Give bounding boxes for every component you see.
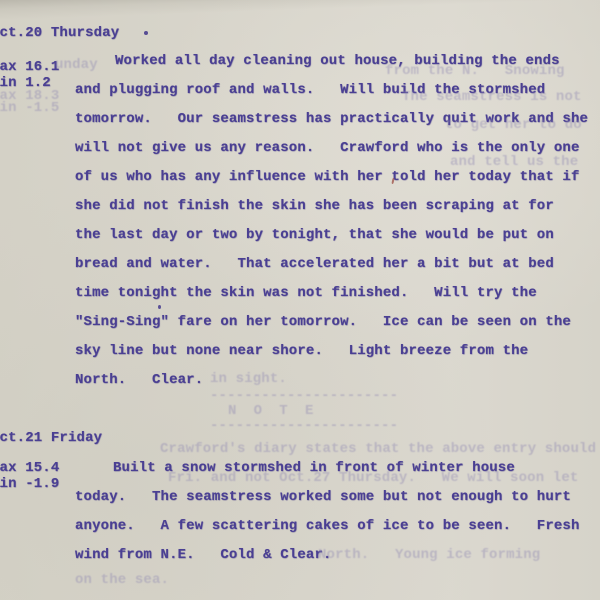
diary-line: North. Clear. [75,372,203,388]
ghost-text: and tell us the [450,154,578,170]
ghost-text: from the N. Snowing [385,63,565,79]
ghost-text: on the sea. [75,572,169,588]
entry-date-heading: Oct.21 Friday [0,430,102,446]
ghost-text: Crawford's diary states that the above e… [160,441,596,457]
ghost-text: North. Young ice forming [318,547,540,563]
ghost-divider-dashes: ---------------------- [210,388,398,404]
diary-line: today. The seamstress worked some but no… [75,489,571,505]
ghost-note-heading: N O T E [228,403,314,419]
diary-line: she did not finish the skin she has been… [75,198,554,214]
diary-line: sky line but none near shore. Light bree… [75,343,528,359]
ghost-divider-dashes: ---------------------- [210,418,398,434]
entry-max-temp: Max 16.1 [0,59,59,75]
ghost-text: to get her to do [445,117,582,133]
diary-line: anyone. A few scattering cakes of ice to… [75,518,580,534]
entry-max-temp: Max 15.4 [0,460,59,476]
diary-line: time tonight the skin was not finished. … [75,285,537,301]
ghost-text: Min -1.5 [0,100,59,116]
entry-min-temp: Min -1.9 [0,476,59,492]
diary-line: bread and water. That accelerated her a … [75,256,554,272]
ghost-text: The seamstress is not [402,89,582,105]
ghost-text: unday [55,57,98,73]
ink-speck [158,305,161,309]
diary-line: wind from N.E. Cold & Clear. [75,547,332,563]
entry-date-heading: Oct.20 Thursday [0,25,119,41]
diary-line: "Sing-Sing" fare on her tomorrow. Ice ca… [75,314,571,330]
diary-page-scan: Oct.20 Thursday Max 16.1 Min 1.2 Worked … [0,0,600,600]
ghost-text: Fri. and not Oct.27 Thursday. We will so… [168,470,578,486]
ink-speck [144,31,148,35]
diary-line: the last day or two by tonight, that she… [75,227,554,243]
diary-line: of us who has any influence with her tol… [75,169,580,185]
ghost-text: in sight. [210,371,287,387]
